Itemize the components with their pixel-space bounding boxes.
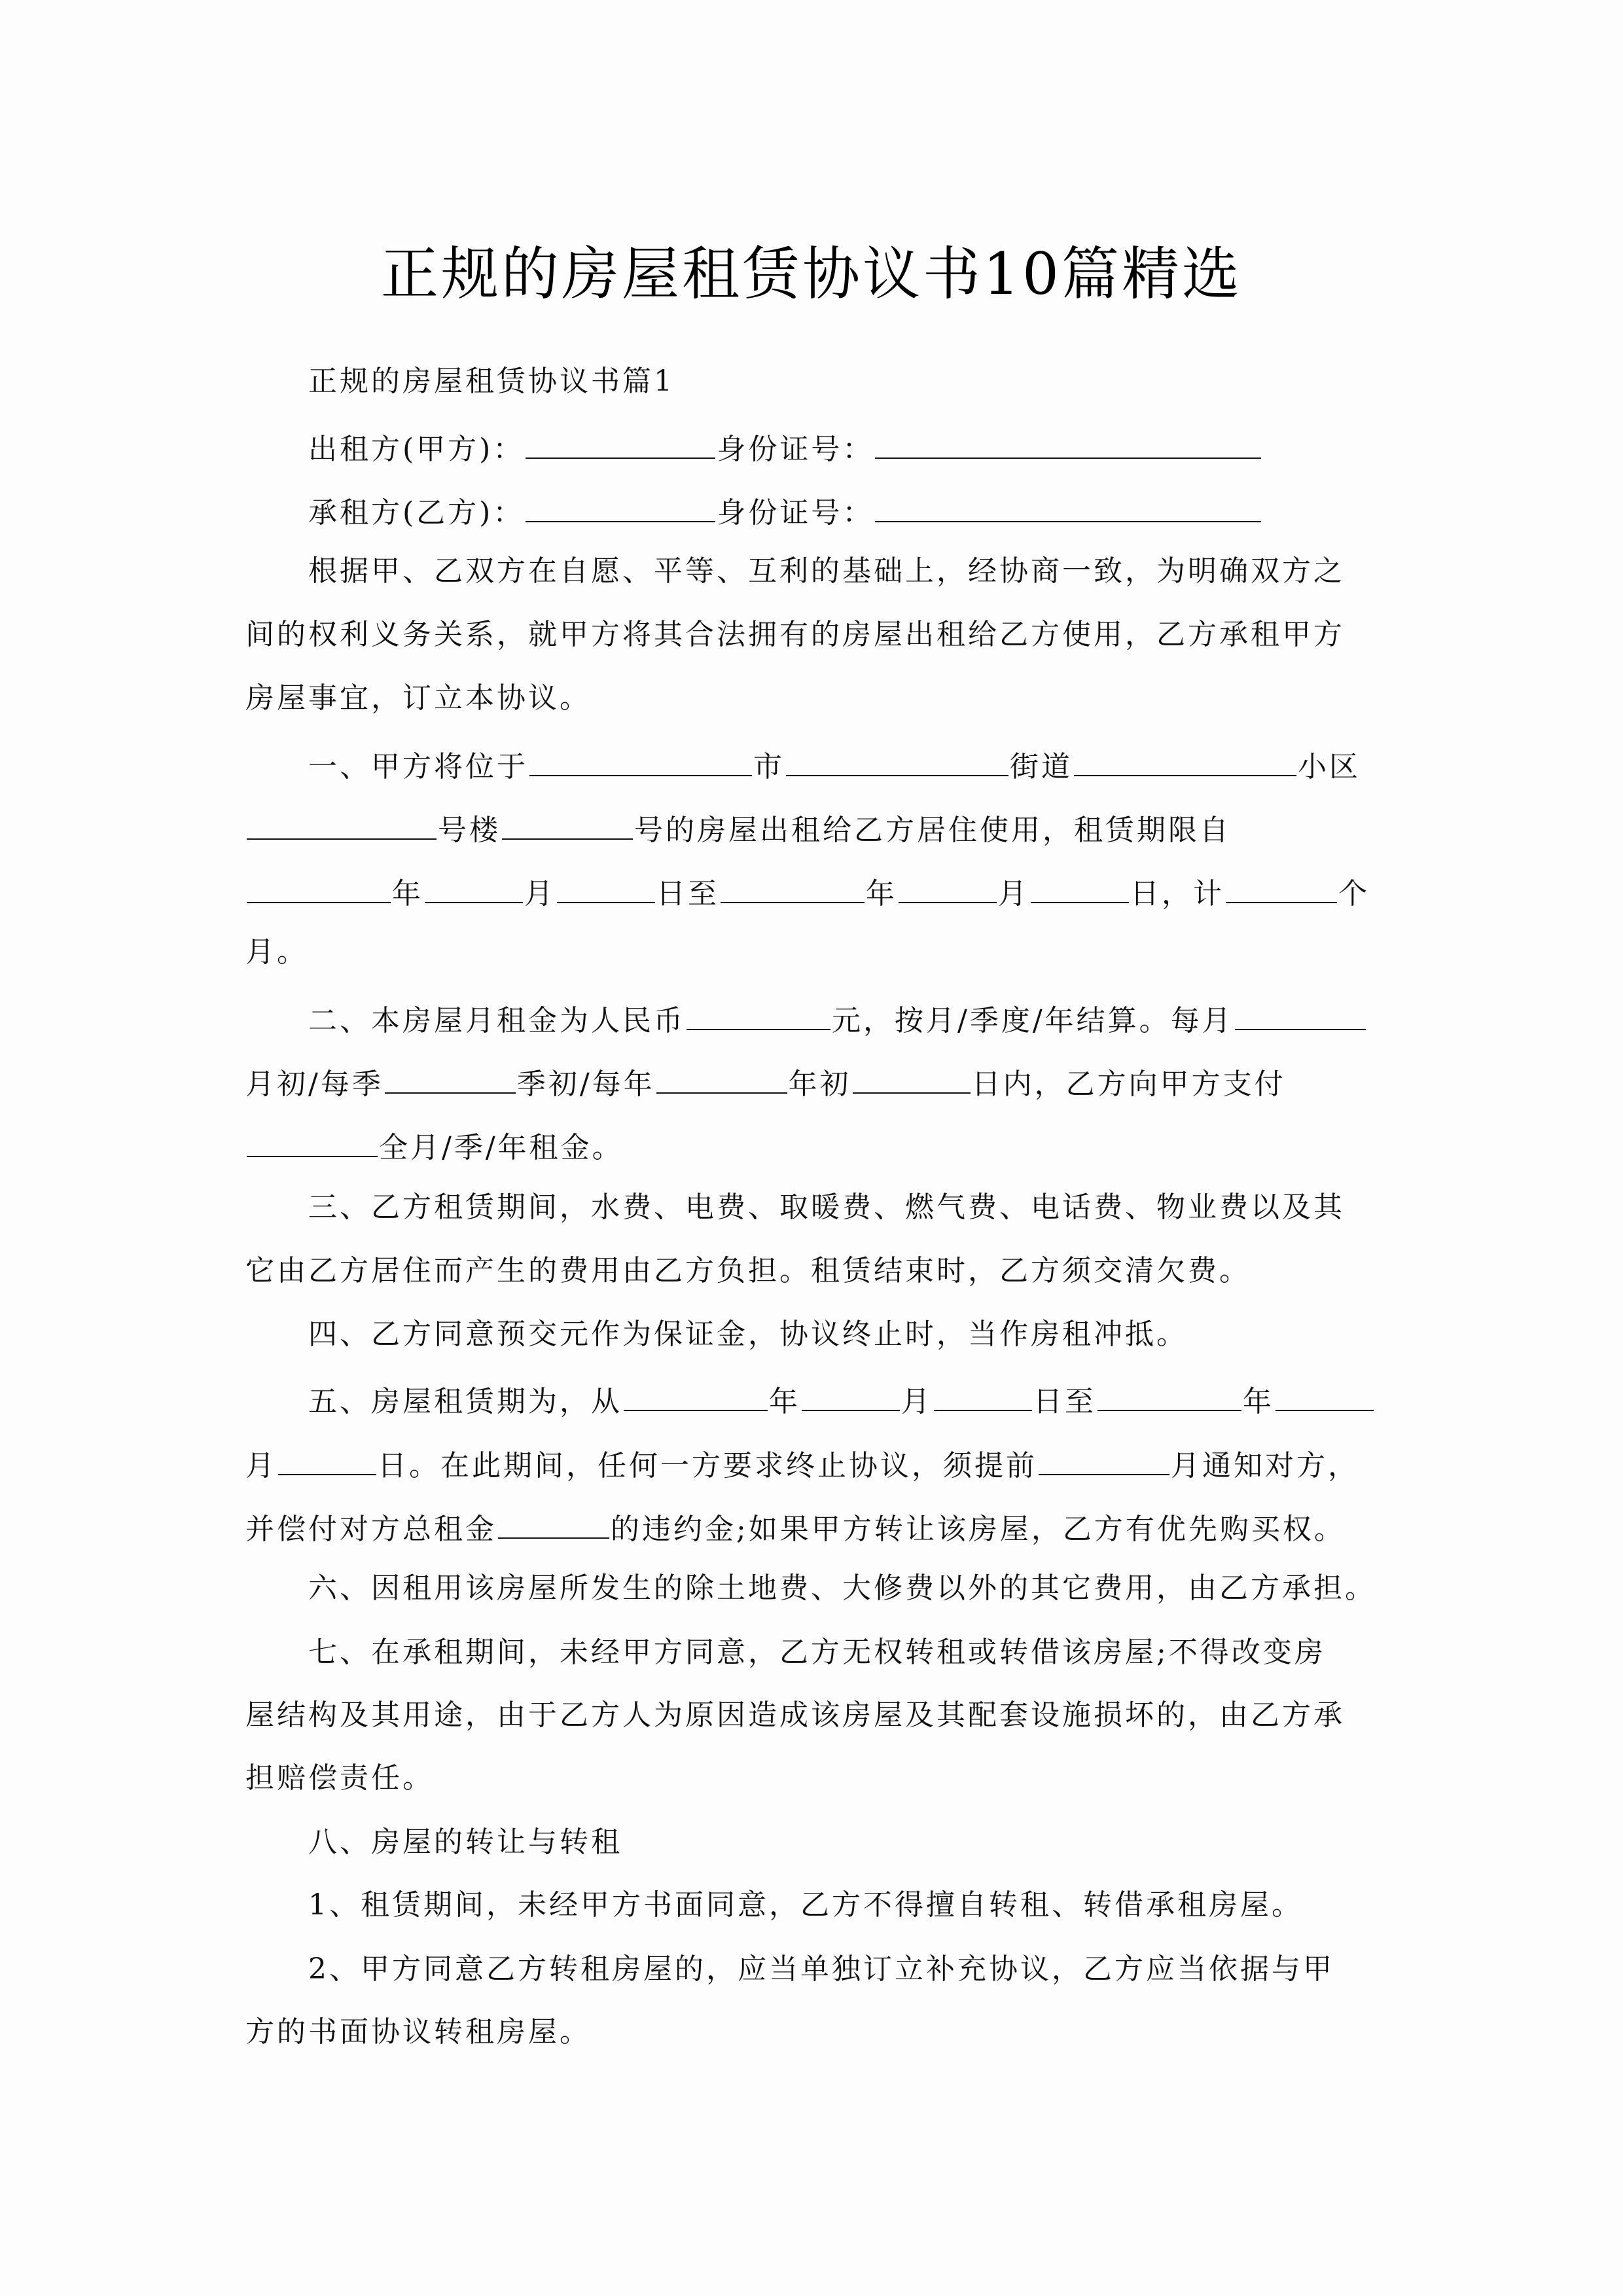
fill-in-blank[interactable] — [1226, 860, 1337, 903]
fill-in-blank[interactable] — [278, 1432, 376, 1475]
text-line-clause5-3: 并偿付对方总租金的违约金;如果甲方转让该房屋，乙方有优先购买权。 — [245, 1496, 1384, 1554]
text-segment: 个 — [1338, 865, 1370, 924]
text-segment: 年 — [1243, 1372, 1274, 1431]
text-line-clause1-2: 号楼号的房屋出租给乙方居住使用，租赁期限自 — [245, 797, 1384, 855]
text-segment: 月通知对方， — [1171, 1437, 1359, 1496]
text-line-clause2-3: 全月/季/年租金。 — [245, 1114, 1384, 1173]
text-segment: 日，计 — [1130, 865, 1224, 924]
fill-in-blank[interactable] — [1031, 860, 1129, 903]
text-segment: 全月/季/年租金。 — [379, 1119, 624, 1177]
text-line-clause2-1: 二、本房屋月租金为人民币元，按月/季度/年结算。每月 — [308, 987, 1447, 1046]
text-line-clause3-2: 它由乙方居住而产生的费用由乙方负担。租赁结束时，乙方须交清欠费。 — [245, 1242, 1384, 1300]
text-line-clause7-2: 屋结构及其用途，由于乙方人为原因造成该房屋及其配套设施损坏的，由乙方承 — [245, 1686, 1384, 1745]
fill-in-blank[interactable] — [721, 860, 865, 903]
text-segment: 年初 — [789, 1055, 851, 1114]
text-segment: 日。在此期间，任何一方要求终止协议，须提前 — [378, 1437, 1037, 1496]
text-segment: 承租方(乙方)： — [308, 484, 524, 543]
text-segment: 市 — [753, 738, 785, 797]
text-segment: 街道 — [1010, 738, 1073, 797]
text-line-clause5-2: 月日。在此期间，任何一方要求终止协议，须提前月通知对方， — [245, 1432, 1384, 1491]
text-segment: 1、租赁期间，未经甲方书面同意，乙方不得擅自转租、转借承租房屋。 — [308, 1876, 1303, 1935]
text-line-clause1-4: 月。 — [245, 923, 1384, 982]
fill-in-blank[interactable] — [934, 1368, 1032, 1411]
text-line-lessor: 出租方(甲方)：身份证号： — [308, 416, 1447, 475]
text-segment: 并偿付对方总租金 — [245, 1500, 497, 1559]
text-segment: 根据甲、乙双方在自愿、平等、互利的基础上，经协商一致，为明确双方之 — [308, 542, 1345, 601]
fill-in-blank[interactable] — [875, 479, 1261, 522]
fill-in-blank[interactable] — [853, 1050, 971, 1094]
text-segment: 二、本房屋月租金为人民币 — [308, 992, 685, 1050]
text-segment: 号的房屋出租给乙方居住使用，租赁期限自 — [634, 801, 1231, 860]
text-line-clause3-1: 三、乙方租赁期间，水费、电费、取暖费、燃气费、电话费、物业费以及其 — [308, 1178, 1447, 1237]
text-segment: 它由乙方居住而产生的费用由乙方负担。租赁结束时，乙方须交清欠费。 — [245, 1242, 1251, 1300]
fill-in-blank[interactable] — [899, 860, 997, 903]
text-segment: 屋结构及其用途，由于乙方人为原因造成该房屋及其配套设施损坏的，由乙方承 — [245, 1686, 1345, 1745]
text-segment: 年 — [769, 1372, 800, 1431]
fill-in-blank[interactable] — [385, 1050, 516, 1094]
fill-in-blank[interactable] — [557, 860, 655, 903]
fill-in-blank[interactable] — [802, 1368, 900, 1411]
fill-in-blank[interactable] — [1235, 987, 1366, 1030]
text-segment: 出租方(甲方)： — [308, 420, 524, 479]
text-segment: 2、甲方同意乙方转租房屋的，应当单独订立补充协议，乙方应当依据与甲 — [308, 1940, 1334, 1999]
text-segment: 月 — [998, 865, 1029, 924]
text-line-heading: 正规的房屋租赁协议书篇1 — [308, 352, 1447, 411]
text-segment: 间的权利义务关系，就甲方将其合法拥有的房屋出租给乙方使用，乙方承租甲方 — [245, 605, 1345, 664]
text-line-lessee: 承租方(乙方)：身份证号： — [308, 479, 1447, 538]
fill-in-blank[interactable] — [526, 416, 715, 459]
text-segment: 日内，乙方向甲方支付 — [972, 1055, 1286, 1114]
text-segment: 五、房屋租赁期为，从 — [308, 1372, 622, 1431]
fill-in-blank[interactable] — [529, 733, 752, 776]
text-line-clause8-2b: 方的书面协议转租房屋。 — [245, 2003, 1384, 2062]
fill-in-blank[interactable] — [624, 1368, 768, 1411]
fill-in-blank[interactable] — [786, 733, 1008, 776]
text-line-clause1-3: 年月日至年月日，计个 — [245, 860, 1384, 919]
text-segment: 月 — [901, 1372, 933, 1431]
text-segment: 三、乙方租赁期间，水费、电费、取暖费、燃气费、电话费、物业费以及其 — [308, 1178, 1345, 1237]
text-segment: 日至 — [1033, 1372, 1096, 1431]
fill-in-blank[interactable] — [425, 860, 523, 903]
text-line-clause6: 六、因租用该房屋所发生的除土地费、大修费以外的其它费用，由乙方承担。 — [308, 1559, 1447, 1618]
text-segment: 日至 — [656, 865, 719, 924]
fill-in-blank[interactable] — [502, 797, 633, 840]
fill-in-blank[interactable] — [656, 1050, 787, 1094]
fill-in-blank[interactable] — [247, 1114, 378, 1157]
text-segment: 四、乙方同意预交元作为保证金，协议终止时，当作房租冲抵。 — [308, 1305, 1188, 1364]
text-line-clause7-1: 七、在承租期间，未经甲方同意，乙方无权转租或转借该房屋;不得改变房 — [308, 1623, 1447, 1682]
text-line-clause8-heading: 八、房屋的转让与转租 — [308, 1813, 1447, 1872]
text-line-clause4: 四、乙方同意预交元作为保证金，协议终止时，当作房租冲抵。 — [308, 1305, 1447, 1364]
fill-in-blank[interactable] — [1097, 1368, 1241, 1411]
text-segment: 一、甲方将位于 — [308, 738, 528, 797]
text-line-clause7-3: 担赔偿责任。 — [245, 1749, 1384, 1808]
document-title: 正规的房屋租赁协议书10篇精选 — [0, 235, 1623, 314]
text-segment: 正规的房屋租赁协议书篇1 — [308, 352, 675, 411]
text-segment: 小区 — [1298, 738, 1361, 797]
text-segment: 身份证号： — [717, 420, 874, 479]
text-segment: 月初/每季 — [245, 1055, 383, 1114]
text-segment: 房屋事宜，订立本协议。 — [245, 669, 591, 728]
text-line-clause8-1: 1、租赁期间，未经甲方书面同意，乙方不得擅自转租、转借承租房屋。 — [308, 1876, 1447, 1935]
text-line-preamble-3: 房屋事宜，订立本协议。 — [245, 669, 1384, 728]
text-segment: 担赔偿责任。 — [245, 1749, 434, 1808]
text-segment: 月 — [524, 865, 556, 924]
text-segment: 的违约金;如果甲方转让该房屋，乙方有优先购买权。 — [611, 1500, 1346, 1559]
fill-in-blank[interactable] — [247, 860, 391, 903]
text-segment: 年 — [392, 865, 423, 924]
text-line-preamble-1: 根据甲、乙双方在自愿、平等、互利的基础上，经协商一致，为明确双方之 — [308, 542, 1447, 601]
text-segment: 身份证号： — [717, 484, 874, 543]
text-segment: 号楼 — [438, 801, 501, 860]
text-segment: 月。 — [245, 923, 308, 982]
text-line-clause8-2a: 2、甲方同意乙方转租房屋的，应当单独订立补充协议，乙方应当依据与甲 — [308, 1940, 1447, 1999]
text-segment: 月 — [245, 1437, 277, 1496]
document-page: 正规的房屋租赁协议书10篇精选 正规的房屋租赁协议书篇1出租方(甲方)：身份证号… — [0, 0, 1623, 2296]
fill-in-blank[interactable] — [526, 479, 715, 522]
text-segment: 六、因租用该房屋所发生的除土地费、大修费以外的其它费用，由乙方承担。 — [308, 1559, 1376, 1618]
text-segment: 元，按月/季度/年结算。每月 — [832, 992, 1234, 1050]
text-segment: 季初/每年 — [517, 1055, 655, 1114]
text-segment: 八、房屋的转让与转租 — [308, 1813, 622, 1872]
fill-in-blank[interactable] — [1039, 1432, 1169, 1475]
text-segment: 七、在承租期间，未经甲方同意，乙方无权转租或转借该房屋;不得改变房 — [308, 1623, 1326, 1682]
fill-in-blank[interactable] — [498, 1496, 609, 1539]
fill-in-blank[interactable] — [875, 416, 1261, 459]
text-segment: 方的书面协议转租房屋。 — [245, 2003, 591, 2062]
text-line-preamble-2: 间的权利义务关系，就甲方将其合法拥有的房屋出租给乙方使用，乙方承租甲方 — [245, 605, 1384, 664]
text-line-clause2-2: 月初/每季季初/每年年初日内，乙方向甲方支付 — [245, 1050, 1384, 1109]
text-line-clause5-1: 五、房屋租赁期为，从年月日至年 — [308, 1368, 1447, 1427]
text-line-clause1-1: 一、甲方将位于市街道小区 — [308, 733, 1447, 792]
fill-in-blank[interactable] — [687, 987, 830, 1030]
fill-in-blank[interactable] — [1074, 733, 1296, 776]
fill-in-blank[interactable] — [1275, 1368, 1374, 1411]
fill-in-blank[interactable] — [247, 797, 437, 840]
text-segment: 年 — [866, 865, 897, 924]
